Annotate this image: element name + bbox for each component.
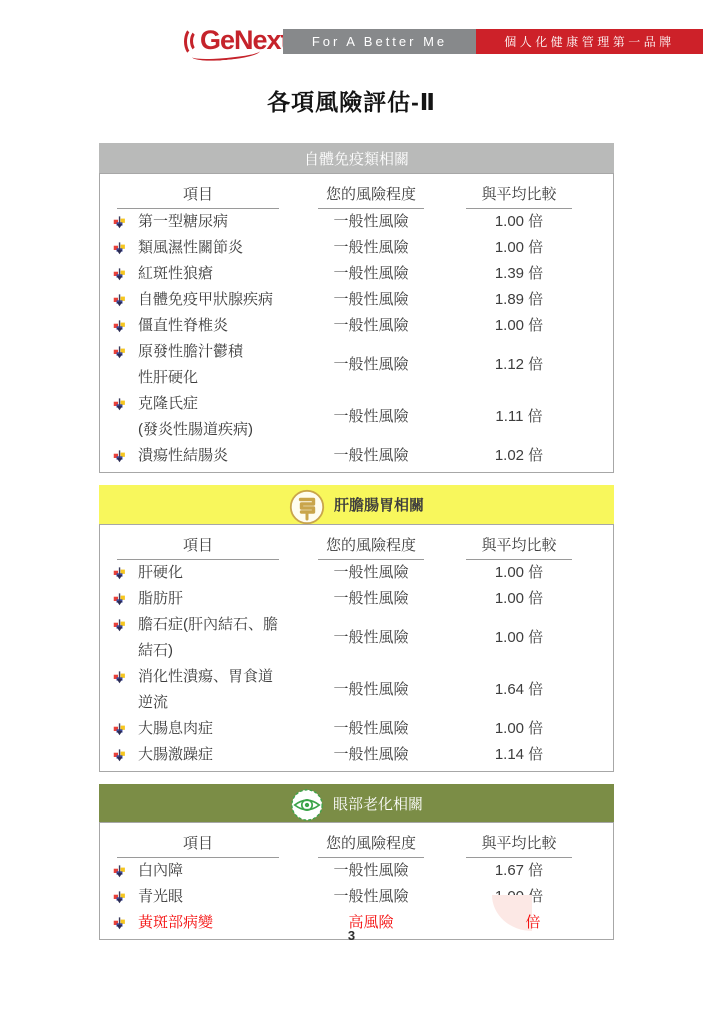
col-header-compare: 與平均比較: [446, 534, 592, 560]
table-row: 脂肪肝 一般性風險 1.00 倍: [100, 586, 613, 612]
bullet-icon: [113, 242, 126, 255]
section-title: 眼部老化相關: [333, 793, 423, 814]
report-content: 自體免疫類相關 項目 您的風險程度 與平均比較 第一型糖尿病 一般性風險 1.0…: [99, 143, 614, 952]
section-title: 肝膽腸胃相關: [334, 494, 424, 515]
table-row: 膽石症(肝內結石、膽 結石) 一般性風險 1.00 倍: [100, 612, 613, 664]
report-page: GeNext For A Better Me 個人化健康管理第一品牌 各項風險評…: [0, 0, 703, 1024]
table-header-row: 項目 您的風險程度 與平均比較: [100, 529, 613, 560]
bullet-icon: [113, 216, 126, 229]
row-item-label: 脂肪肝: [138, 586, 296, 612]
section-autoimmune: 自體免疫類相關 項目 您的風險程度 與平均比較 第一型糖尿病 一般性風險 1.0…: [99, 143, 614, 473]
row-compare-value: 1.14 倍: [446, 742, 592, 768]
table-row: 原發性膽汁鬱積 性肝硬化 一般性風險 1.12 倍: [100, 339, 613, 391]
row-item-label: 青光眼: [138, 884, 296, 910]
row-compare-value: 1.02 倍: [446, 443, 592, 469]
risk-table-autoimmune: 項目 您的風險程度 與平均比較 第一型糖尿病 一般性風險 1.00 倍 類風濕性…: [99, 173, 614, 473]
row-compare-value: 1.00 倍: [446, 209, 592, 235]
row-item-label: 消化性潰瘍、胃食道 逆流: [138, 664, 296, 716]
row-risk-value: 一般性風險: [296, 716, 446, 742]
section-digestive: 肝膽腸胃相關 項目 您的風險程度 與平均比較 肝硬化 一般性風險 1.00 倍 …: [99, 485, 614, 772]
genext-logo: GeNext: [200, 24, 289, 60]
col-header-item: 項目: [100, 832, 296, 858]
row-risk-value: 一般性風險: [296, 313, 446, 339]
col-header-item: 項目: [100, 183, 296, 209]
table-row: 僵直性脊椎炎 一般性風險 1.00 倍: [100, 313, 613, 339]
row-risk-value: 一般性風險: [296, 560, 446, 586]
section-header-digestive: 肝膽腸胃相關: [99, 485, 614, 524]
table-row: 大腸息肉症 一般性風險 1.00 倍: [100, 716, 613, 742]
table-row: 自體免疫甲狀腺疾病 一般性風險 1.89 倍: [100, 287, 613, 313]
col-header-risk: 您的風險程度: [296, 183, 446, 209]
bullet-icon: [113, 450, 126, 463]
row-compare-value: 1.39 倍: [446, 261, 592, 287]
row-compare-value: 1.64 倍: [446, 677, 592, 703]
col-header-compare: 與平均比較: [446, 183, 592, 209]
row-item-label: 克隆氏症 (發炎性腸道疾病): [138, 391, 296, 443]
bullet-icon: [113, 671, 126, 684]
bullet-icon: [113, 268, 126, 281]
row-risk-value: 一般性風險: [296, 443, 446, 469]
section-eye-aging: 眼部老化相關 項目 您的風險程度 與平均比較 白內障 一般性風險 1.67 倍 …: [99, 784, 614, 940]
row-compare-value: 1.00 倍: [446, 235, 592, 261]
row-compare-value: 1.00 倍: [446, 625, 592, 651]
row-item-label: 類風濕性關節炎: [138, 235, 296, 261]
row-risk-value: 一般性風險: [296, 586, 446, 612]
eye-icon: [290, 788, 324, 822]
row-item-label: 大腸息肉症: [138, 716, 296, 742]
row-compare-value: 1.00 倍: [446, 313, 592, 339]
row-item-label: 潰瘍性結腸炎: [138, 443, 296, 469]
table-row: 肝硬化 一般性風險 1.00 倍: [100, 560, 613, 586]
col-header-risk: 您的風險程度: [296, 832, 446, 858]
logo-arc-icon: [184, 27, 198, 53]
table-row: 類風濕性關節炎 一般性風險 1.00 倍: [100, 235, 613, 261]
row-risk-value: 一般性風險: [296, 625, 446, 651]
slogan-bar: 個人化健康管理第一品牌: [476, 29, 703, 54]
row-compare-value: 1.00 倍: [446, 586, 592, 612]
page-title: 各項風險評估-Ⅱ: [0, 84, 703, 117]
row-item-label: 自體免疫甲狀腺疾病: [138, 287, 296, 313]
row-compare-value: 1.00 倍: [446, 560, 592, 586]
row-risk-value: 一般性風險: [296, 742, 446, 768]
row-risk-value: 一般性風險: [296, 261, 446, 287]
row-compare-value: 1.00 倍: [446, 716, 592, 742]
bullet-icon: [113, 398, 126, 411]
page-number: 3: [0, 928, 703, 943]
risk-table-digestive: 項目 您的風險程度 與平均比較 肝硬化 一般性風險 1.00 倍 脂肪肝 一般性…: [99, 524, 614, 772]
bullet-icon: [113, 567, 126, 580]
row-risk-value: 一般性風險: [296, 858, 446, 884]
tagline-bar: For A Better Me: [283, 29, 476, 54]
row-compare-value: 1.11 倍: [446, 404, 592, 430]
row-item-label: 原發性膽汁鬱積 性肝硬化: [138, 339, 296, 391]
table-row: 潰瘍性結腸炎 一般性風險 1.02 倍: [100, 443, 613, 469]
row-risk-value: 一般性風險: [296, 235, 446, 261]
risk-table-eye-aging: 項目 您的風險程度 與平均比較 白內障 一般性風險 1.67 倍 青光眼 一般性…: [99, 822, 614, 940]
row-item-label: 第一型糖尿病: [138, 209, 296, 235]
bullet-icon: [113, 891, 126, 904]
bullet-icon: [113, 865, 126, 878]
section-header-eye-aging: 眼部老化相關: [99, 784, 614, 822]
compare-unit-label: 倍: [497, 914, 540, 931]
row-risk-value: 一般性風險: [296, 352, 446, 378]
row-item-label: 僵直性脊椎炎: [138, 313, 296, 339]
row-risk-value: 一般性風險: [296, 287, 446, 313]
bullet-icon: [113, 346, 126, 359]
col-header-compare: 與平均比較: [446, 832, 592, 858]
table-row: 紅斑性狼瘡 一般性風險 1.39 倍: [100, 261, 613, 287]
row-risk-value: 一般性風險: [296, 404, 446, 430]
row-item-label: 大腸激躁症: [138, 742, 296, 768]
table-header-row: 項目 您的風險程度 與平均比較: [100, 827, 613, 858]
row-compare-value: 1.12 倍: [446, 352, 592, 378]
section-title: 自體免疫類相關: [304, 148, 409, 169]
col-header-risk: 您的風險程度: [296, 534, 446, 560]
table-header-row: 項目 您的風險程度 與平均比較: [100, 178, 613, 209]
row-item-label: 紅斑性狼瘡: [138, 261, 296, 287]
section-header-autoimmune: 自體免疫類相關: [99, 143, 614, 173]
table-row: 大腸激躁症 一般性風險 1.14 倍: [100, 742, 613, 768]
row-risk-value: 一般性風險: [296, 884, 446, 910]
table-row: 第一型糖尿病 一般性風險 1.00 倍: [100, 209, 613, 235]
row-item-label: 肝硬化: [138, 560, 296, 586]
bullet-icon: [113, 619, 126, 632]
table-row: 青光眼 一般性風險 1.00 倍: [100, 884, 613, 910]
table-row: 克隆氏症 (發炎性腸道疾病) 一般性風險 1.11 倍: [100, 391, 613, 443]
bullet-icon: [113, 723, 126, 736]
bullet-icon: [113, 593, 126, 606]
row-risk-value: 一般性風險: [296, 209, 446, 235]
bullet-icon: [113, 294, 126, 307]
intestine-icon: [289, 489, 325, 525]
table-row: 消化性潰瘍、胃食道 逆流 一般性風險 1.64 倍: [100, 664, 613, 716]
row-item-label: 白內障: [138, 858, 296, 884]
row-compare-value: 1.89 倍: [446, 287, 592, 313]
table-row: 白內障 一般性風險 1.67 倍: [100, 858, 613, 884]
row-item-label: 膽石症(肝內結石、膽 結石): [138, 612, 296, 664]
bullet-icon: [113, 320, 126, 333]
bullet-icon: [113, 749, 126, 762]
row-compare-value: 1.67 倍: [446, 858, 592, 884]
col-header-item: 項目: [100, 534, 296, 560]
row-risk-value: 一般性風險: [296, 677, 446, 703]
